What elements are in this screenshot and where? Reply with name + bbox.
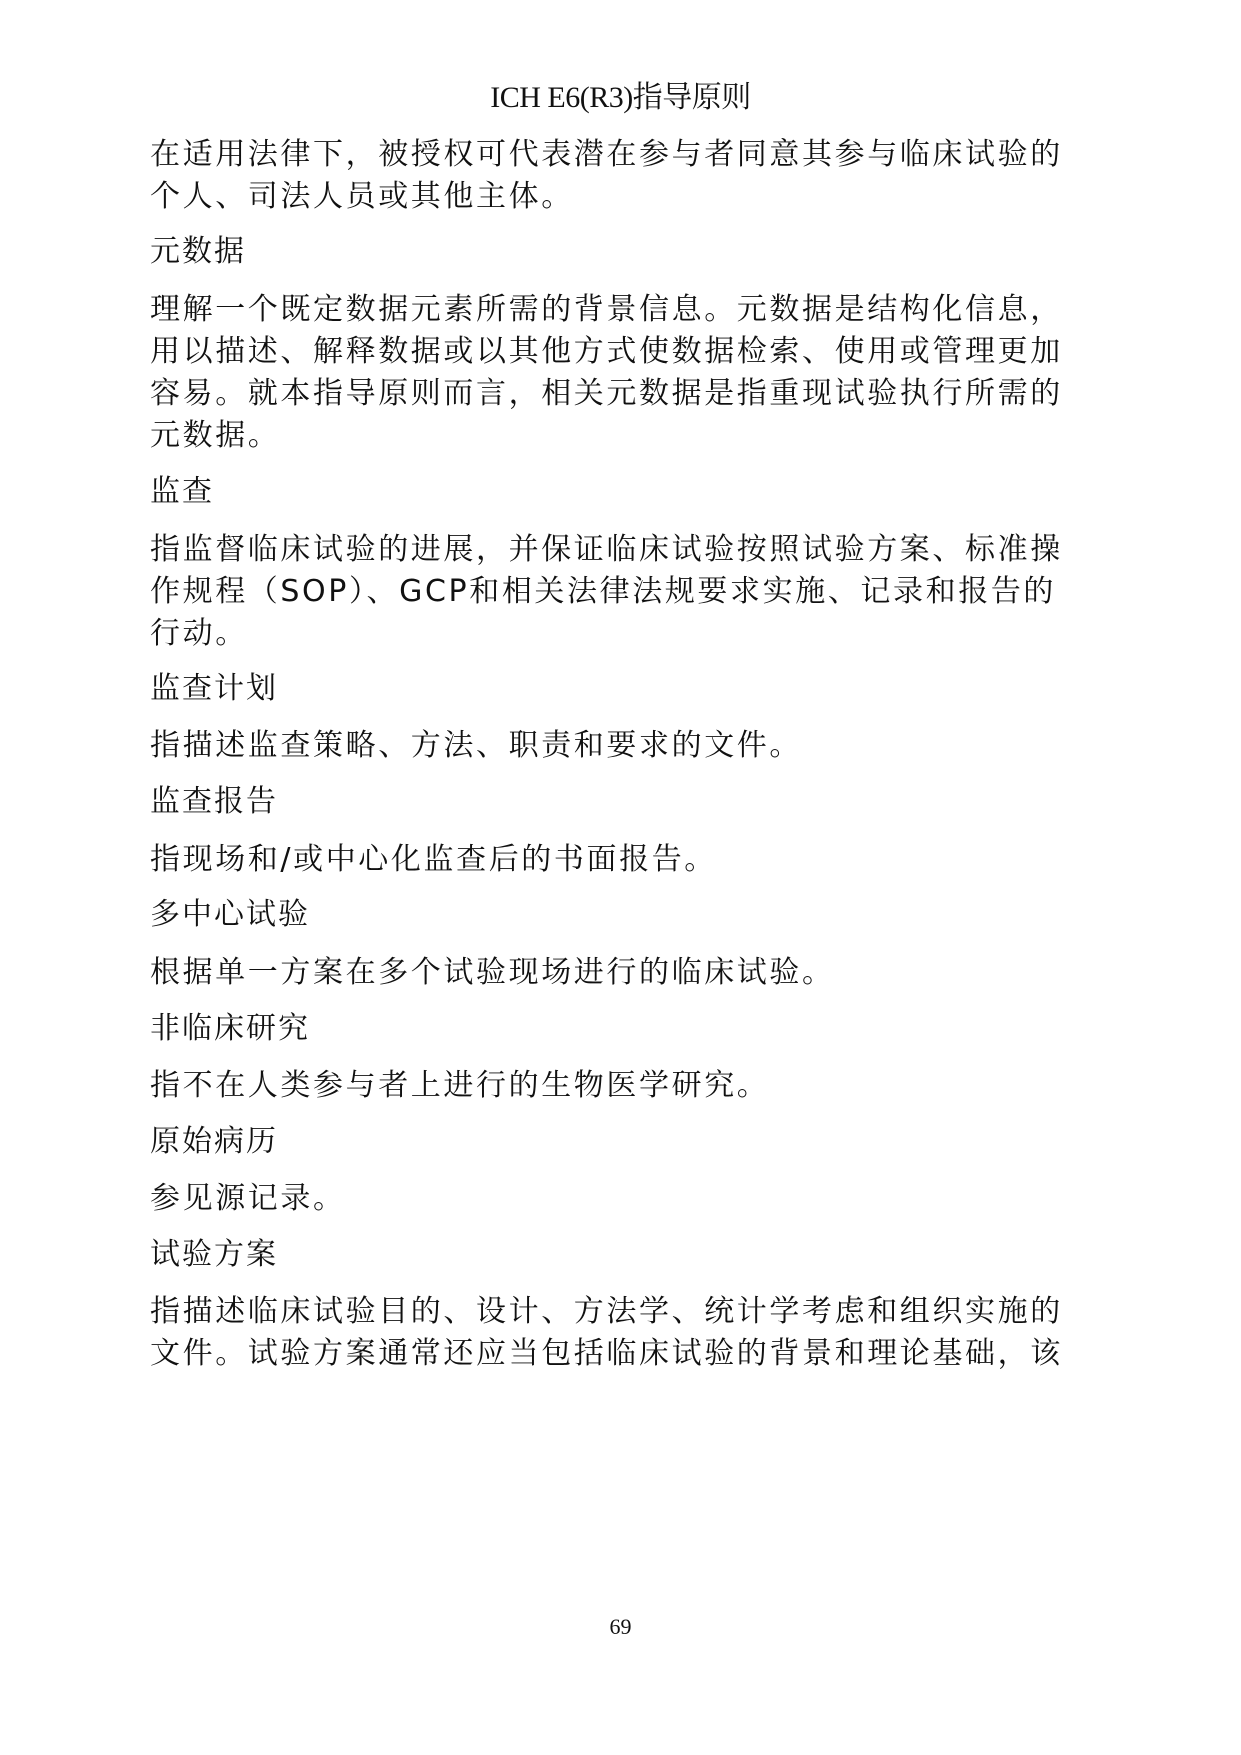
document-page: ICH E6(R3)指导原则 在适用法律下，被授权可代表潜在参与者同意其参与临床… bbox=[0, 0, 1241, 1755]
term-heading: 非临床研究 bbox=[150, 1007, 1090, 1051]
definition-line: 文件。试验方案通常还应当包括临床试验的背景和理论基础，该 bbox=[150, 1332, 1090, 1376]
definition-line: 指监督临床试验的进展，并保证临床试验按照试验方案、标准操 bbox=[150, 528, 1090, 572]
intro-line: 个人、司法人员或其他主体。 bbox=[150, 175, 1090, 219]
page-number: 69 bbox=[0, 1612, 1241, 1642]
term-heading: 原始病历 bbox=[150, 1120, 1090, 1164]
running-header-title: ICH E6(R3)指导原则 bbox=[0, 78, 1241, 118]
definition-line: 指不在人类参与者上进行的生物医学研究。 bbox=[150, 1064, 1090, 1108]
definition-line: 根据单一方案在多个试验现场进行的临床试验。 bbox=[150, 951, 1090, 995]
definition-line: 指描述临床试验目的、设计、方法学、统计学考虑和组织实施的 bbox=[150, 1290, 1090, 1334]
definition-line: 行动。 bbox=[150, 612, 1090, 656]
definition-line: 指现场和/或中心化监查后的书面报告。 bbox=[150, 838, 1090, 882]
term-heading: 元数据 bbox=[150, 230, 1090, 274]
definition-line: 用以描述、解释数据或以其他方式使数据检索、使用或管理更加 bbox=[150, 330, 1090, 374]
definition-line: 参见源记录。 bbox=[150, 1177, 1090, 1221]
definition-line: 容易。就本指导原则而言，相关元数据是指重现试验执行所需的 bbox=[150, 372, 1090, 416]
definition-line: 作规程（SOP）、GCP和相关法律法规要求实施、记录和报告的 bbox=[150, 570, 1090, 614]
definition-line: 元数据。 bbox=[150, 414, 1090, 458]
term-heading: 监查计划 bbox=[150, 667, 1090, 711]
intro-line: 在适用法律下，被授权可代表潜在参与者同意其参与临床试验的 bbox=[150, 133, 1090, 177]
definition-line: 理解一个既定数据元素所需的背景信息。元数据是结构化信息， bbox=[150, 288, 1090, 332]
term-heading: 试验方案 bbox=[150, 1233, 1090, 1277]
term-heading: 监查 bbox=[150, 470, 1090, 514]
term-heading: 监查报告 bbox=[150, 780, 1090, 824]
definition-line: 指描述监查策略、方法、职责和要求的文件。 bbox=[150, 724, 1090, 768]
term-heading: 多中心试验 bbox=[150, 893, 1090, 937]
